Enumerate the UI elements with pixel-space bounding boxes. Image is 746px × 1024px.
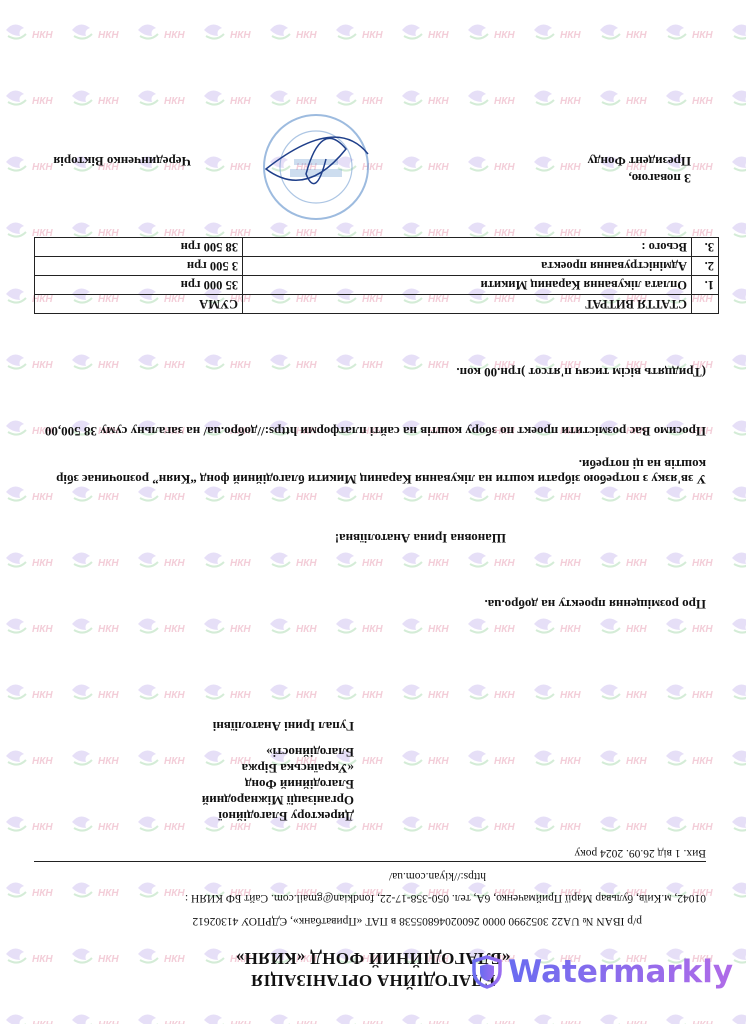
- amount-in-words: (Тридцять вісім тисяч п'ятсот )грн.00 ко…: [456, 365, 706, 380]
- row-item: Всього :: [243, 238, 692, 257]
- stamp-and-signature: [256, 104, 376, 229]
- paragraph-request: Просимо Вас розмістити проект по збору к…: [34, 424, 706, 439]
- table-row: 2. Адміністрування проекта 3 500 грн: [35, 257, 719, 276]
- header-divider: [34, 861, 706, 862]
- table-header-cell: [692, 295, 719, 314]
- addressee-line: Благодійний Фонд: [202, 776, 354, 792]
- table-header-cell: СТАТТЯ ВИТРАТ: [243, 295, 692, 314]
- row-amount: 38 500 грн: [35, 238, 243, 257]
- address-contacts: 01042, м.Київ, бульвар Марії Приймаченко…: [185, 892, 706, 904]
- table-row: 3. Всього : 38 500 грн: [35, 238, 719, 257]
- document-page-rotated: БЛАГОДІЙНА ОРГАНІЗАЦІЯ «БЛАГОДІЙНИЙ ФОНД…: [0, 0, 746, 1024]
- signatory-name: Черединченко Вікторія: [53, 154, 191, 169]
- table-header-row: СТАТТЯ ВИТРАТ СУМА: [35, 295, 719, 314]
- paragraph-purpose: У зв'язку з потребою зібрати кошти на лі…: [34, 457, 706, 487]
- row-number: 3.: [692, 238, 719, 257]
- website-link[interactable]: https://kiyan.com.ua/: [389, 870, 486, 882]
- outgoing-reference: Вих. 1 від 26.09. 2024 року: [575, 847, 706, 859]
- watermark-text: Watermarkly: [508, 954, 733, 990]
- addressee-name: Гупал Ірині Анатоліївні: [202, 718, 354, 734]
- addressee-line: Організації Міжнародний: [202, 792, 354, 808]
- row-amount: 3 500 грн: [35, 257, 243, 276]
- letter-subject: Про розміщення проекту на добро.ua.: [484, 597, 706, 612]
- addressee-line: «Українська Біржа: [202, 760, 354, 776]
- signatory-position: Президент Фонду: [587, 154, 691, 169]
- table-row: 1. Оплата лікування Караниц Микити 35 00…: [35, 276, 719, 295]
- costs-table: СТАТТЯ ВИТРАТ СУМА 1. Оплата лікування К…: [34, 237, 719, 314]
- addressee-block: Директору Благодійної Організації Міжнар…: [202, 718, 354, 824]
- row-number: 1.: [692, 276, 719, 295]
- row-item: Оплата лікування Караниц Микити: [243, 276, 692, 295]
- addressee-line: Благодійності»: [202, 744, 354, 760]
- table-header-cell: СУМА: [35, 295, 243, 314]
- bank-details: р/р IBAN № UA22 3052990 0000 26002046805…: [192, 915, 642, 927]
- watermarkly-overlay: Watermarkly: [472, 952, 733, 992]
- row-item: Адміністрування проекта: [243, 257, 692, 276]
- letter-salutation: Шановна Ірина Анатоліївна!: [335, 531, 506, 546]
- closing-regards: З повагою,: [628, 171, 691, 186]
- addressee-line: Директору Благодійної: [202, 808, 354, 824]
- row-amount: 35 000 грн: [35, 276, 243, 295]
- shield-icon: [472, 955, 502, 989]
- row-number: 2.: [692, 257, 719, 276]
